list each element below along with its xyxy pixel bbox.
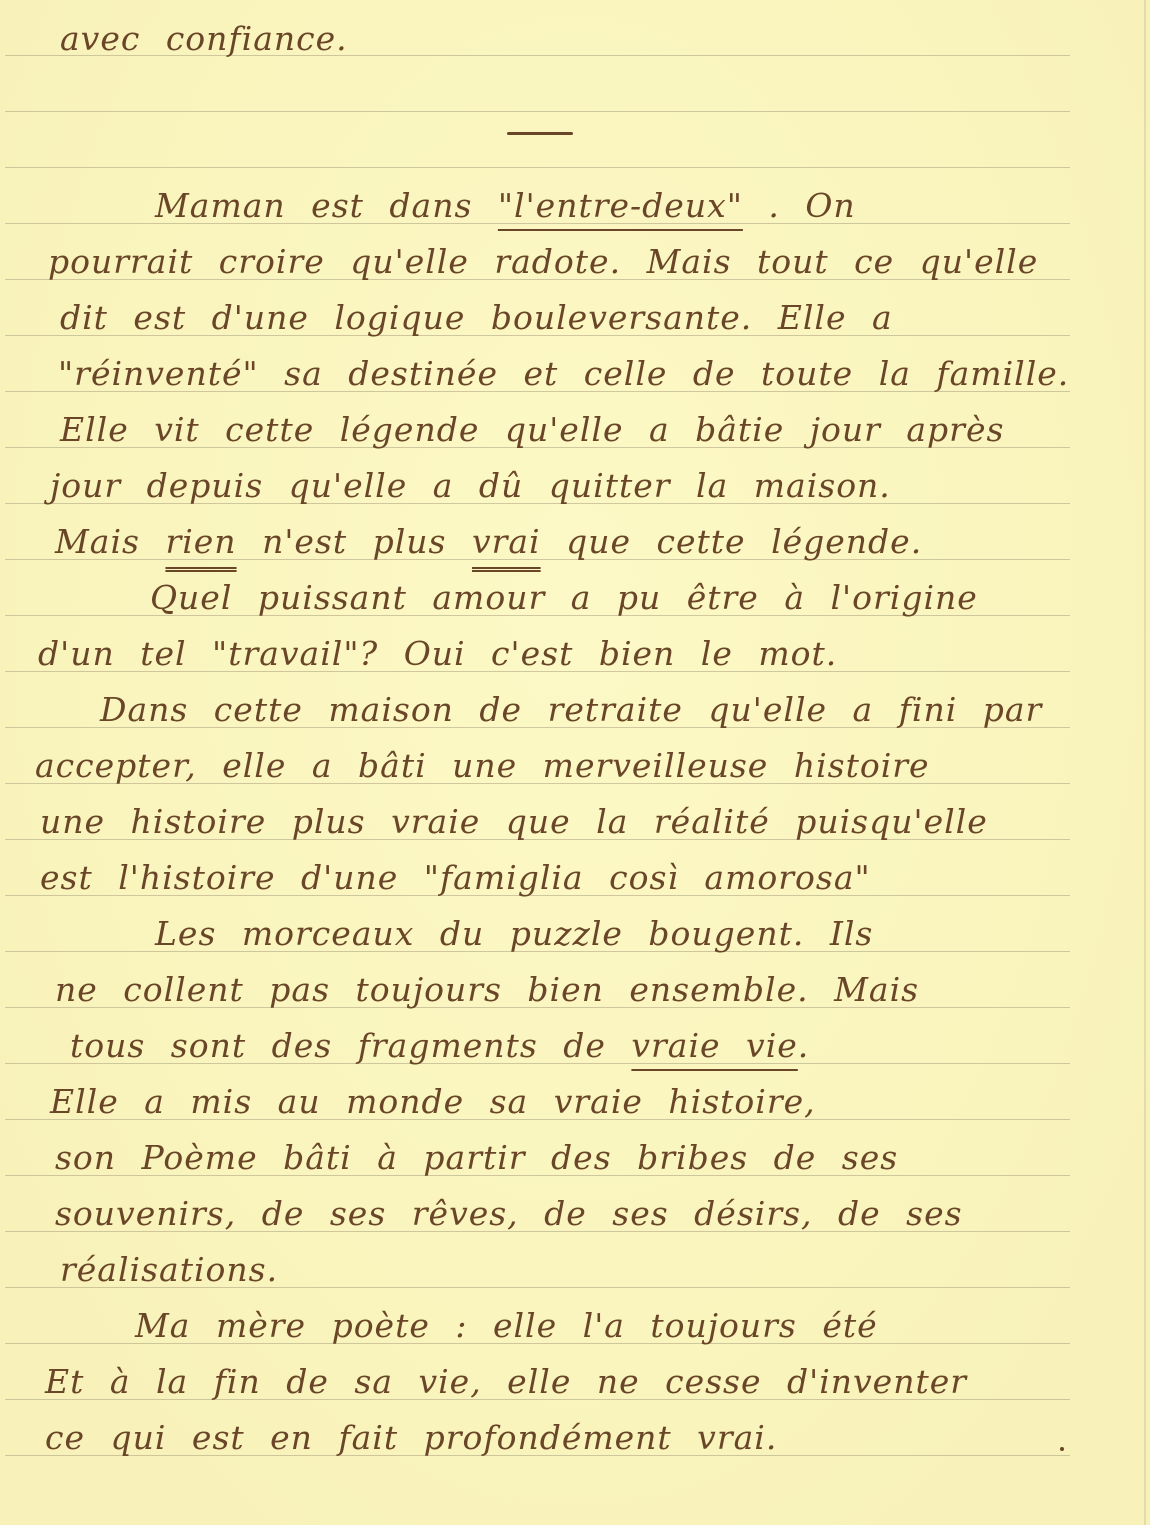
text-segment: Les morceaux du puzzle bougent. Ils bbox=[155, 914, 873, 953]
text-line-6: jour depuis qu'elle a dû quitter la mais… bbox=[50, 469, 891, 502]
text-line-17: Elle a mis au monde sa vraie histoire, bbox=[50, 1085, 816, 1118]
text-line-13: est l'histoire d'une "famiglia così amor… bbox=[40, 861, 871, 894]
text-segment: ne collent pas toujours bien ensemble. M… bbox=[55, 970, 919, 1009]
text-segment: . bbox=[798, 1026, 810, 1065]
text-line-20: réalisations. bbox=[60, 1253, 278, 1286]
text-line-21: Ma mère poète : elle l'a toujours été bbox=[135, 1309, 878, 1342]
text-segment: Quel puissant amour a pu être à l'origin… bbox=[150, 578, 978, 617]
text-line-3: dit est d'une logique bouleversante. Ell… bbox=[60, 301, 893, 334]
text-line-7: Mais rien n'est plus vrai que cette lége… bbox=[55, 525, 922, 558]
text-line-12: une histoire plus vraie que la réalité p… bbox=[40, 805, 988, 838]
text-line-14: Les morceaux du puzzle bougent. Ils bbox=[155, 917, 873, 950]
text-line-22: Et à la fin de sa vie, elle ne cesse d'i… bbox=[45, 1365, 967, 1398]
text-line-23: ce qui est en fait profondément vrai. bbox=[45, 1421, 777, 1454]
page-edge bbox=[1144, 0, 1146, 1525]
double-underlined-word: vrai bbox=[472, 522, 541, 561]
text-segment: pourrait croire qu'elle radote. Mais tou… bbox=[48, 242, 1038, 281]
section-separator bbox=[507, 132, 573, 135]
text-line-10: Dans cette maison de retraite qu'elle a … bbox=[100, 693, 1042, 726]
text-segment: ce qui est en fait profondément vrai. bbox=[45, 1418, 777, 1457]
text-segment: n'est plus bbox=[237, 522, 472, 561]
text-segment: Dans cette maison de retraite qu'elle a … bbox=[100, 690, 1042, 729]
text-segment: est l'histoire d'une "famiglia così amor… bbox=[40, 858, 871, 897]
text-segment: une histoire plus vraie que la réalité p… bbox=[40, 802, 988, 841]
text-segment: dit est d'une logique bouleversante. Ell… bbox=[60, 298, 893, 337]
text-line-18: son Poème bâti à partir des bribes de se… bbox=[55, 1141, 898, 1174]
double-underlined-word: rien bbox=[165, 522, 236, 561]
text-segment: réalisations. bbox=[60, 1250, 278, 1289]
text-line-11: accepter, elle a bâti une merveilleuse h… bbox=[35, 749, 930, 782]
text-line-19: souvenirs, de ses rêves, de ses désirs, … bbox=[55, 1197, 963, 1230]
text-segment: Maman est dans bbox=[155, 186, 498, 225]
text-segment: accepter, elle a bâti une merveilleuse h… bbox=[35, 746, 930, 785]
text-segment: Et à la fin de sa vie, elle ne cesse d'i… bbox=[45, 1362, 967, 1401]
text-segment: d'un tel "travail"? Oui c'est bien le mo… bbox=[38, 634, 837, 673]
text-line-1: Maman est dans "l'entre-deux" . On bbox=[155, 189, 856, 222]
text-line-8: Quel puissant amour a pu être à l'origin… bbox=[150, 581, 978, 614]
stray-ink-dot bbox=[1060, 1447, 1064, 1451]
text-segment: son Poème bâti à partir des bribes de se… bbox=[55, 1138, 898, 1177]
text-segment: Ma mère poète : elle l'a toujours été bbox=[135, 1306, 878, 1345]
text-line-5: Elle vit cette légende qu'elle a bâtie j… bbox=[60, 413, 1004, 446]
text-segment: jour depuis qu'elle a dû quitter la mais… bbox=[50, 466, 891, 505]
opening-line: avec confiance. bbox=[60, 22, 348, 55]
text-segment: tous sont des fragments de bbox=[70, 1026, 631, 1065]
text-line-16: tous sont des fragments de vraie vie. bbox=[70, 1029, 809, 1062]
text-line-15: ne collent pas toujours bien ensemble. M… bbox=[55, 973, 919, 1006]
text-line-2: pourrait croire qu'elle radote. Mais tou… bbox=[48, 245, 1038, 278]
text-segment: . On bbox=[743, 186, 856, 225]
text-segment: Mais bbox=[55, 522, 165, 561]
text-segment: souvenirs, de ses rêves, de ses désirs, … bbox=[55, 1194, 963, 1233]
text-segment: que cette légende. bbox=[541, 522, 923, 561]
opening-text: avec confiance. bbox=[60, 19, 348, 58]
underlined-phrase: vraie vie bbox=[631, 1026, 797, 1065]
text-segment: Elle a mis au monde sa vraie histoire, bbox=[50, 1082, 816, 1121]
text-segment: Elle vit cette légende qu'elle a bâtie j… bbox=[60, 410, 1004, 449]
text-line-4: "réinventé" sa destinée et celle de tout… bbox=[58, 357, 1069, 390]
text-segment: "réinventé" sa destinée et celle de tout… bbox=[58, 354, 1069, 393]
notebook-page: avec confiance. Maman est dans "l'entre-… bbox=[0, 0, 1150, 1525]
text-line-9: d'un tel "travail"? Oui c'est bien le mo… bbox=[38, 637, 837, 670]
underlined-phrase: "l'entre-deux" bbox=[498, 186, 743, 225]
